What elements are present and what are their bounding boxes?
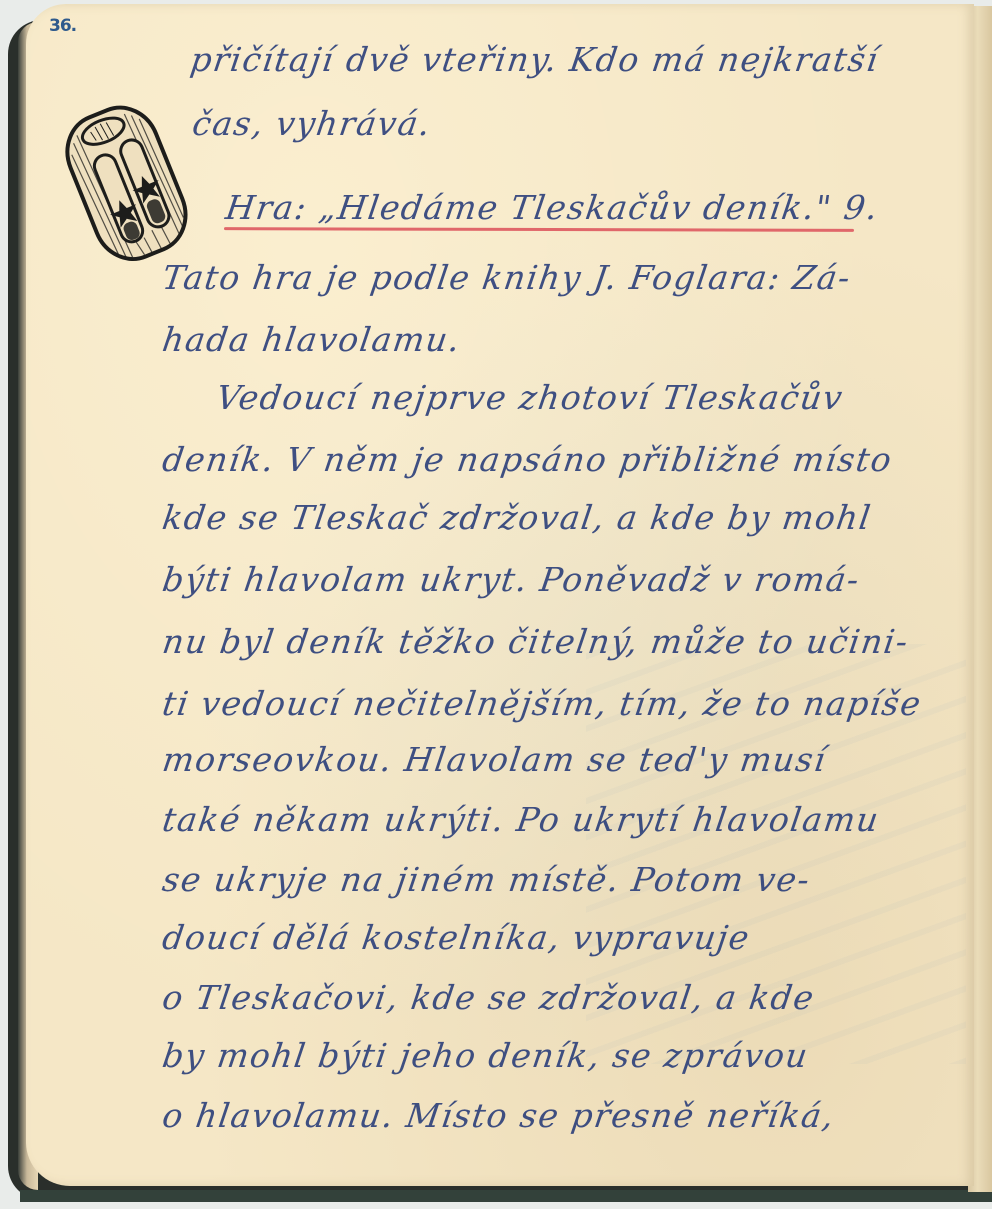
text-line: přičítají dvě vteřiny. Kdo má nejkratší	[188, 40, 882, 79]
text-line: býti hlavolam ukryt. Poněvadž v romá-	[160, 560, 863, 599]
text-line: kde se Tleskač zdržoval, a kde by mohl	[160, 498, 874, 537]
text-line: čas, vyhrává.	[190, 104, 434, 143]
section-title: Hra: „Hledáme Tleskačův deník." 9.	[223, 188, 881, 227]
text-line: morseovkou. Hlavolam se ted'y musí	[160, 740, 829, 779]
text-line: deník. V něm je napsáno přibližné místo	[160, 440, 895, 479]
text-line: o hlavolamu. Místo se přesně neříká,	[160, 1096, 837, 1135]
notebook-cover-bottom-edge	[20, 1190, 992, 1202]
bead-sketch-icon	[52, 96, 202, 268]
text-line: doucí dělá kostelníka, vypravuje	[160, 918, 753, 957]
text-line: nu byl deník těžko čitelný, může to učin…	[160, 622, 911, 661]
text-line: také někam ukrýti. Po ukrytí hlavolamu	[160, 800, 882, 839]
text-line: Tato hra je podle knihy J. Foglara: Zá-	[160, 258, 854, 297]
notebook-scan: 36.	[0, 0, 992, 1209]
text-line: hada hlavolamu.	[160, 320, 463, 359]
page-number: 36.	[49, 16, 76, 36]
text-line: se ukryje na jiném místě. Potom ve-	[160, 860, 813, 899]
text-line: ti vedoucí nečitelnějším, tím, že to nap…	[160, 684, 924, 723]
text-line: o Tleskačovi, kde se zdržoval, a kde	[160, 978, 817, 1017]
text-line: by mohl býti jeho deník, se zprávou	[160, 1036, 811, 1075]
text-line: Vedoucí nejprve zhotoví Tleskačův	[214, 378, 846, 417]
